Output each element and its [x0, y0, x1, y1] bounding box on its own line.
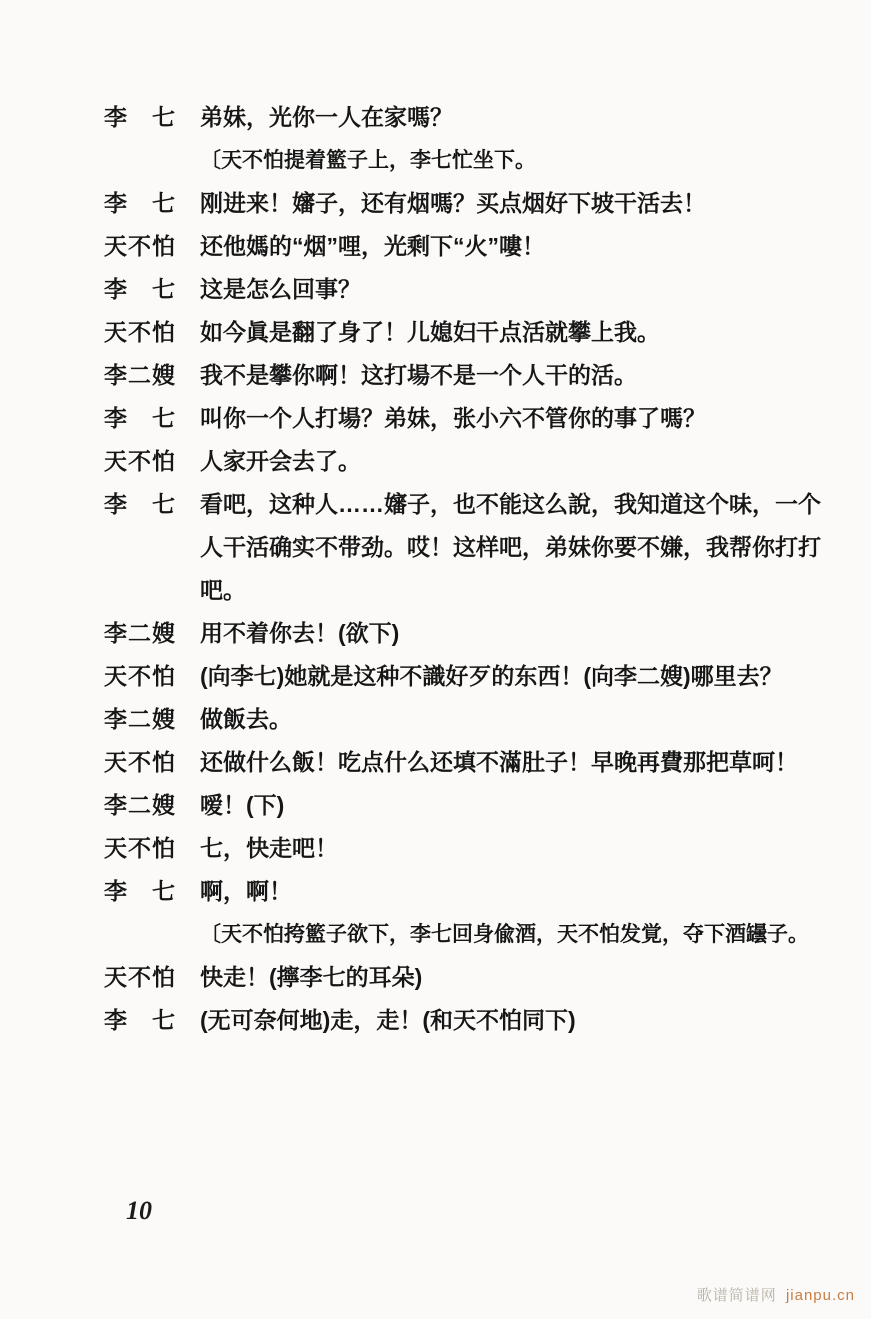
dialogue-text: 叫你一个人打場？弟妹，张小六不管你的事了嗎？: [200, 397, 852, 440]
script-body: 李 七 弟妹，光你一人在家嗎？ 〔天不怕提着籃子上，李七忙坐下。 李 七 刚进来…: [104, 96, 852, 1042]
script-line: 李 七 (无可奈何地)走，走！(和天不怕同下): [104, 999, 852, 1042]
page-number: 10: [126, 1196, 152, 1226]
dialogue-text: (无可奈何地)走，走！(和天不怕同下): [200, 999, 852, 1042]
speaker-name: 李二嫂: [104, 784, 200, 827]
script-line: 李 七 弟妹，光你一人在家嗎？: [104, 96, 852, 139]
dialogue-text: 我不是攀你啊！这打場不是一个人干的活。: [200, 354, 852, 397]
watermark-site-url: jianpu.cn: [786, 1287, 855, 1304]
dialogue-text: 做飯去。: [200, 698, 852, 741]
stage-direction-line: 〔天不怕挎籃子欲下，李七回身偸酒，天不怕发覚，夺下酒罎子。: [104, 913, 852, 956]
dialogue-text: (向李七)她就是这种不識好歹的东西！(向李二嫂)哪里去？: [200, 655, 852, 698]
script-line: 李 七 刚进来！嬸子，还有烟嗎？买点烟好下坡干活去！: [104, 182, 852, 225]
speaker-name: 李 七: [104, 268, 200, 311]
dialogue-text: 这是怎么回事？: [200, 268, 852, 311]
speaker-name: 李 七: [104, 96, 200, 139]
speaker-name: 李二嫂: [104, 612, 200, 655]
dialogue-text: 用不着你去！(欲下): [200, 612, 852, 655]
speaker-name: 李 七: [104, 397, 200, 440]
script-line: 李二嫂 我不是攀你啊！这打場不是一个人干的活。: [104, 354, 852, 397]
dialogue-text: 啊，啊！: [200, 870, 852, 913]
dialogue-text: 嗳！(下): [200, 784, 852, 827]
dialogue-text: 七，快走吧！: [200, 827, 852, 870]
speaker-name: 天不怕: [104, 827, 200, 870]
dialogue-text: 还他媽的“烟”哩，光剩下“火”嘍！: [200, 225, 852, 268]
script-line: 天不怕 (向李七)她就是这种不識好歹的东西！(向李二嫂)哪里去？: [104, 655, 852, 698]
script-line: 李 七 这是怎么回事？: [104, 268, 852, 311]
speaker-name: 天不怕: [104, 440, 200, 483]
dialogue-text: 还做什么飯！吃点什么还填不滿肚子！早晚再費那把草呵！: [200, 741, 852, 784]
dialogue-text: 刚进来！嬸子，还有烟嗎？买点烟好下坡干活去！: [200, 182, 852, 225]
dialogue-text: 看吧，这种人……嬸子，也不能这么說，我知道这个味，一个人干活确实不带劲。哎！这样…: [200, 483, 840, 612]
speaker-name: 李二嫂: [104, 354, 200, 397]
watermark-site-name: 歌谱简谱网: [697, 1287, 777, 1304]
watermark: 歌谱简谱网 jianpu.cn: [697, 1284, 855, 1305]
scanned-script-page: 李 七 弟妹，光你一人在家嗎？ 〔天不怕提着籃子上，李七忙坐下。 李 七 刚进来…: [0, 0, 871, 1319]
script-line: 李 七 啊，啊！: [104, 870, 852, 913]
speaker-name: 天不怕: [104, 956, 200, 999]
script-line: 天不怕 如今眞是翻了身了！儿媳妇干点活就攀上我。: [104, 311, 852, 354]
script-line: 天不怕 还他媽的“烟”哩，光剩下“火”嘍！: [104, 225, 852, 268]
speaker-name: 天不怕: [104, 225, 200, 268]
dialogue-text: 弟妹，光你一人在家嗎？: [200, 96, 852, 139]
script-line: 李二嫂 做飯去。: [104, 698, 852, 741]
stage-direction-text: 〔天不怕提着籃子上，李七忙坐下。: [200, 139, 852, 182]
dialogue-text: 如今眞是翻了身了！儿媳妇干点活就攀上我。: [200, 311, 852, 354]
speaker-name: 李 七: [104, 182, 200, 225]
script-line: 李二嫂 嗳！(下): [104, 784, 852, 827]
script-line: 天不怕 人家开会去了。: [104, 440, 852, 483]
dialogue-text: 快走！(擰李七的耳朵): [200, 956, 852, 999]
speaker-name: 天不怕: [104, 311, 200, 354]
stage-direction-line: 〔天不怕提着籃子上，李七忙坐下。: [104, 139, 852, 182]
script-line: 天不怕 七，快走吧！: [104, 827, 852, 870]
speaker-name: 李二嫂: [104, 698, 200, 741]
speaker-name: 李 七: [104, 870, 200, 913]
script-line: 李 七 看吧，这种人……嬸子，也不能这么說，我知道这个味，一个人干活确实不带劲。…: [104, 483, 852, 612]
script-line: 天不怕 快走！(擰李七的耳朵): [104, 956, 852, 999]
speaker-name: 天不怕: [104, 655, 200, 698]
speaker-name: 李 七: [104, 999, 200, 1042]
speaker-name: 李 七: [104, 483, 200, 526]
script-line: 天不怕 还做什么飯！吃点什么还填不滿肚子！早晚再費那把草呵！: [104, 741, 852, 784]
script-line: 李 七 叫你一个人打場？弟妹，张小六不管你的事了嗎？: [104, 397, 852, 440]
script-line: 李二嫂 用不着你去！(欲下): [104, 612, 852, 655]
dialogue-text: 人家开会去了。: [200, 440, 852, 483]
stage-direction-text: 〔天不怕挎籃子欲下，李七回身偸酒，天不怕发覚，夺下酒罎子。: [200, 913, 852, 956]
speaker-name: 天不怕: [104, 741, 200, 784]
